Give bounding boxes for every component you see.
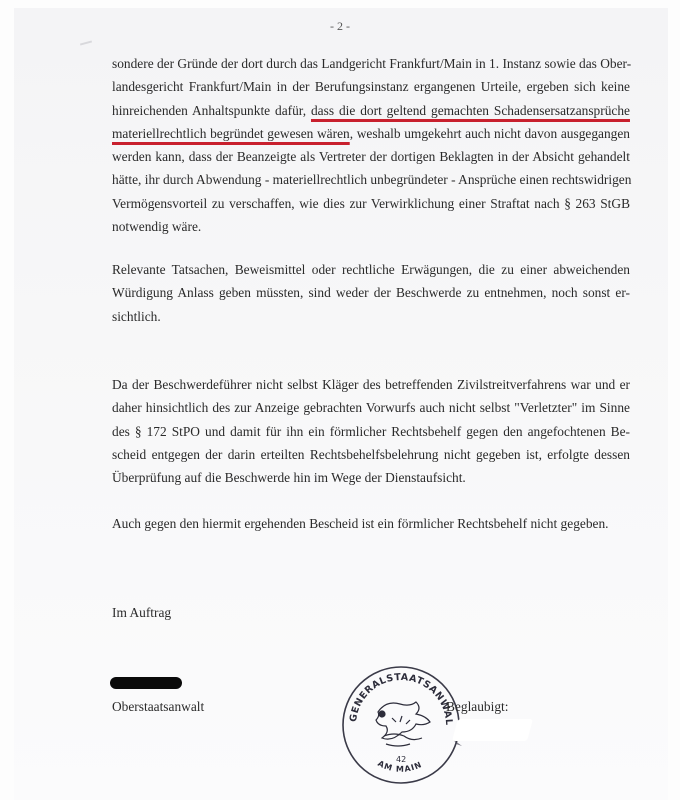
text-line: landesgericht Frankfurt/Main in der Beru… — [112, 75, 630, 98]
paragraph-4: Auch gegen den hiermit ergehenden Besche… — [112, 512, 630, 535]
text-line: hinreichenden Anhaltspunkte dafür, dass … — [112, 99, 630, 122]
text-segment: Würdigung Anlass geben müssten, sind wed… — [112, 285, 630, 300]
official-seal-stamp: GENERALSTAATSANWALTSCHAFT FRANKFURT AM M… — [336, 662, 466, 788]
text-segment: Da der Beschwerdeführer nicht selbst Klä… — [112, 377, 630, 392]
underlined-text: dass die dort geltend gemachten Schadens… — [311, 103, 630, 118]
text-segment: Überprüfung auf die Beschwerde hin im We… — [112, 470, 466, 485]
underlined-text: materiellrechtlich begründet gewesen wär… — [112, 126, 350, 141]
text-line: Da der Beschwerdeführer nicht selbst Klä… — [112, 373, 630, 396]
text-segment: daher hinsichtlich des zur Anzeige gebra… — [112, 400, 630, 415]
text-line: Vermögensvorteil zu verschaffen, wie die… — [112, 192, 630, 215]
text-line: materiellrechtlich begründet gewesen wär… — [112, 122, 630, 145]
whited-out-signature — [452, 719, 533, 741]
text-segment: des § 172 StPO und damit für ihn ein för… — [112, 424, 630, 439]
text-line: Relevante Tatsachen, Beweismittel oder r… — [112, 258, 630, 281]
text-segment: notwendig wäre. — [112, 219, 201, 234]
svg-text:GENERALSTAATSANWALTSCHAFT FRAN: GENERALSTAATSANWALTSCHAFT FRANKFURT — [336, 662, 454, 725]
stamp-text-top: GENERALSTAATSANWALTSCHAFT FRANKFURT — [336, 662, 454, 725]
text-line: daher hinsichtlich des zur Anzeige gebra… — [112, 396, 630, 419]
paragraph-3: Da der Beschwerdeführer nicht selbst Klä… — [112, 373, 630, 489]
text-segment: scheid entgegen der darin erteilten Rech… — [112, 447, 630, 462]
closing-im-auftrag: Im Auftrag — [112, 605, 171, 621]
text-line: des § 172 StPO und damit für ihn ein för… — [112, 420, 630, 443]
text-segment: werden kann, dass der Beanzeigte als Ver… — [112, 149, 630, 164]
text-line: werden kann, dass der Beanzeigte als Ver… — [112, 145, 630, 168]
stamp-number: 42 — [396, 755, 406, 764]
page-number: - 2 - — [0, 19, 680, 34]
text-line: Auch gegen den hiermit ergehenden Besche… — [112, 512, 630, 535]
text-segment: hätte, ihr durch Abwendung - materiellre… — [112, 172, 631, 187]
lion-emblem-icon — [376, 702, 430, 746]
text-segment: Relevante Tatsachen, Beweismittel oder r… — [112, 262, 630, 277]
text-segment: Auch gegen den hiermit ergehenden Besche… — [112, 516, 609, 531]
paragraph-2: Relevante Tatsachen, Beweismittel oder r… — [112, 258, 630, 328]
text-segment: Vermögensvorteil zu verschaffen, wie die… — [112, 196, 630, 211]
text-line: sondere der Gründe der dort durch das La… — [112, 52, 630, 75]
signatory-title: Oberstaatsanwalt — [112, 699, 204, 715]
text-line: scheid entgegen der darin erteilten Rech… — [112, 443, 630, 466]
text-line: notwendig wäre. — [112, 215, 630, 238]
paragraph-1: sondere der Gründe der dort durch das La… — [112, 52, 630, 238]
text-segment: , weshalb umgekehrt auch nicht davon aus… — [350, 126, 630, 141]
text-segment: sichtlich. — [112, 309, 161, 324]
redacted-name — [110, 677, 182, 689]
text-segment: hinreichenden Anhaltspunkte dafür, — [112, 103, 311, 118]
text-line: Würdigung Anlass geben müssten, sind wed… — [112, 281, 630, 304]
text-line: sichtlich. — [112, 305, 630, 328]
text-line: Überprüfung auf die Beschwerde hin im We… — [112, 466, 630, 489]
text-segment: sondere der Gründe der dort durch das La… — [112, 56, 631, 71]
text-segment: landesgericht Frankfurt/Main in der Beru… — [112, 79, 630, 94]
certification-label: Beglaubigt: — [446, 699, 508, 715]
text-line: hätte, ihr durch Abwendung - materiellre… — [112, 168, 630, 191]
